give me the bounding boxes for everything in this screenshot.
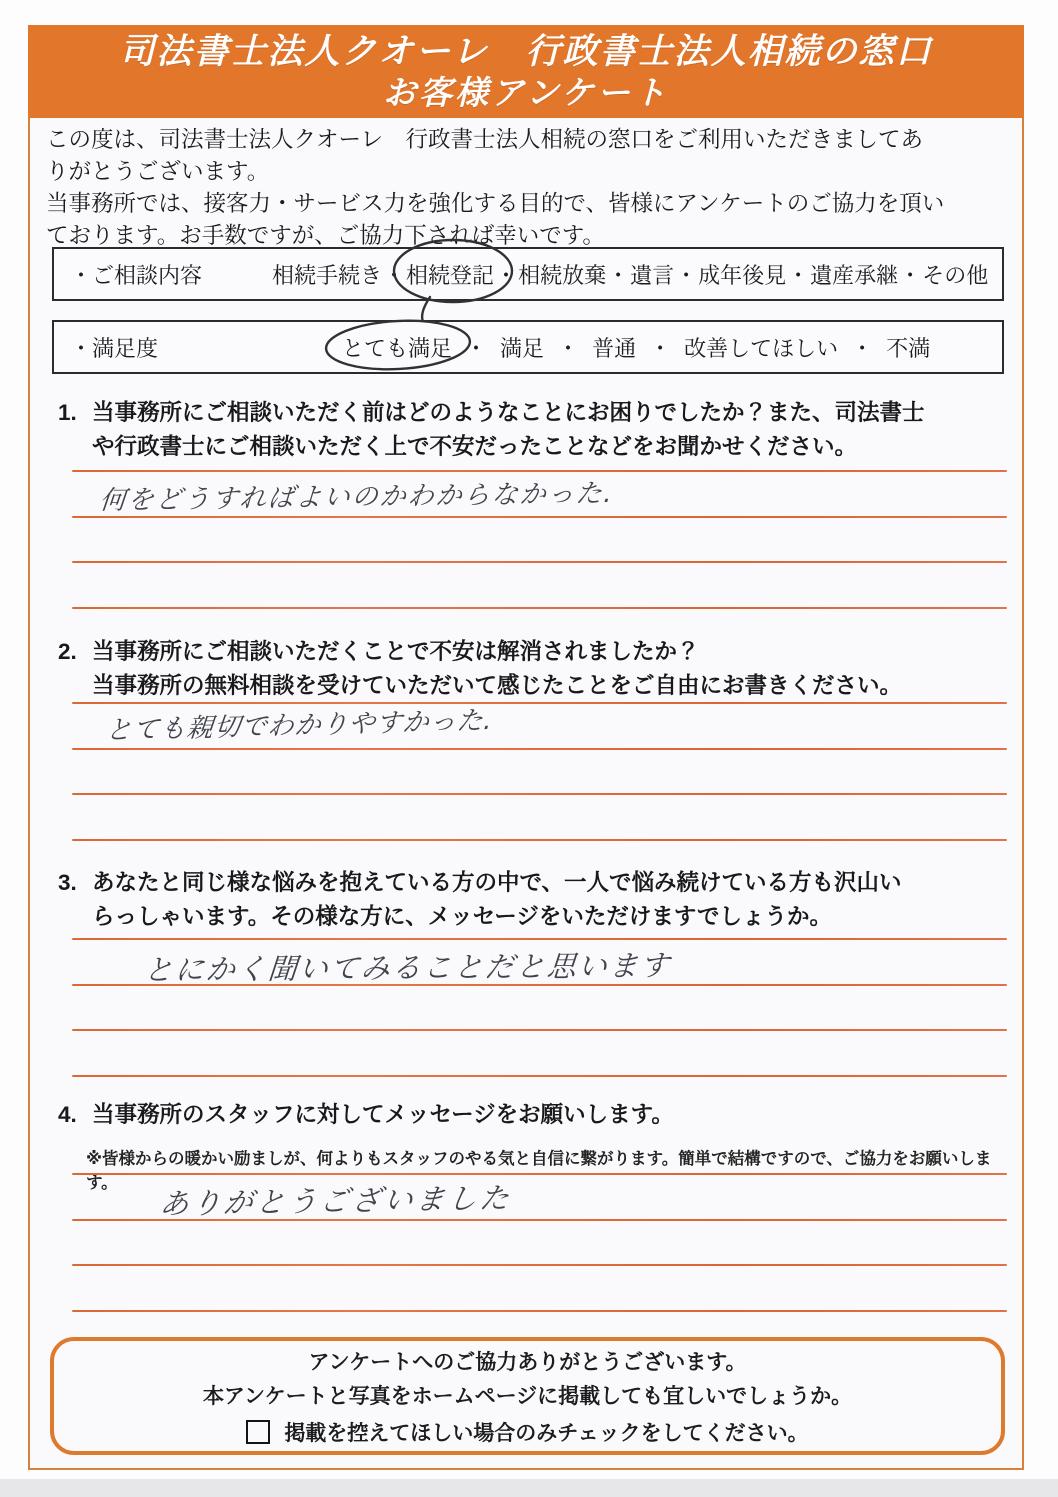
intro-line: 当事務所では、接客力・サービス力を強化する目的で、皆様にアンケートのご協力を頂い [46, 188, 1022, 220]
option-普通: 普通 [592, 332, 636, 363]
handwritten-answer-4: ありがとうございました [157, 1176, 514, 1223]
question-2: 2. 当事務所にご相談いただくことで不安は解消されましたか？ 当事務所の無料相談… [58, 635, 1008, 703]
option-separator: ・ [675, 259, 697, 290]
question-text-line: らっしゃいます。その様な方に、メッセージをいただけますでしょうか。 [92, 900, 902, 934]
question-text: 当事務所にご相談いただく前はどのようなことにお困りでしたか？また、司法書士 や行… [92, 396, 925, 464]
option-separator: ・ [899, 259, 921, 290]
ruled-line [72, 1075, 1007, 1077]
option-不満: 不満 [886, 332, 930, 363]
question-text-line: 当事務所のスタッフに対してメッセージをお願いします。 [92, 1098, 674, 1132]
intro-line: この度は、司法書士法人クオーレ 行政書士法人相続の窓口をご利用いただきましてあ [46, 124, 1022, 156]
option-とても満足: とても満足 [342, 332, 452, 363]
option-満足: 満足 [500, 332, 544, 363]
question-number: 2. [58, 635, 92, 703]
question-number: 3. [58, 866, 92, 934]
option-相続放棄: 相続放棄 [518, 259, 606, 290]
option-separator: ・ [649, 332, 671, 363]
option-遺産承継: 遺産承継 [810, 259, 898, 290]
option-separator: ・ [787, 259, 809, 290]
question-number: 4. [58, 1098, 92, 1132]
ruled-line [72, 793, 1007, 795]
question-4: 4. 当事務所のスタッフに対してメッセージをお願いします。 [58, 1098, 1008, 1132]
scan-edge-shadow [0, 1479, 1058, 1497]
ruled-line [72, 1264, 1007, 1266]
question-text-line: や行政書士にご相談いただく上で不安だったことなどをお聞かせください。 [92, 430, 925, 464]
page-subtitle: お客様アンケート [383, 73, 669, 113]
question-text-line: あなたと同じ様な悩みを抱えている方の中で、一人で悩み続けている方も沢山い [92, 866, 902, 900]
ruled-line [72, 748, 1007, 750]
ruled-line [72, 1310, 1007, 1312]
question-1: 1. 当事務所にご相談いただく前はどのようなことにお困りでしたか？また、司法書士… [58, 396, 1008, 464]
checkbox-label: 掲載を控えてほしい場合のみチェックをしてください。 [284, 1417, 808, 1447]
consultation-topic-box: ・ご相談内容 相続手続き・相続登記・相続放棄・遺言・成年後見・遺産承継・その他 [52, 247, 1004, 301]
title-band: 司法書士法人クオーレ 行政書士法人相続の窓口 お客様アンケート [28, 25, 1024, 118]
handwritten-answer-1: 何をどうすればよいのかわからなかった. [98, 473, 616, 517]
option-separator: ・ [557, 332, 579, 363]
question-text-line: 当事務所の無料相談を受けていただいて感じたことをご自由にお書きください。 [92, 669, 902, 703]
consultation-label: ・ご相談内容 [70, 249, 202, 299]
satisfaction-label: ・満足度 [70, 322, 158, 372]
option-改善してほしい: 改善してほしい [684, 332, 838, 363]
intro-paragraph-1: この度は、司法書士法人クオーレ 行政書士法人相続の窓口をご利用いただきましてあ … [46, 124, 1022, 188]
option-遺言: 遺言 [630, 259, 674, 290]
hand-drawn-circle-icon [321, 313, 476, 377]
satisfaction-options: とても満足・満足・普通・改善してほしい・不満 [342, 322, 930, 372]
question-text: 当事務所にご相談いただくことで不安は解消されましたか？ 当事務所の無料相談を受け… [92, 635, 902, 703]
option-相続登記: 相続登記 [406, 259, 494, 290]
ruled-line [72, 938, 1007, 940]
option-相続手続き: 相続手続き [272, 259, 382, 290]
satisfaction-box: ・満足度 とても満足・満足・普通・改善してほしい・不満 [52, 320, 1004, 374]
option-separator: ・ [607, 259, 629, 290]
question-3: 3. あなたと同じ様な悩みを抱えている方の中で、一人で悩み続けている方も沢山い … [58, 866, 1008, 934]
handwritten-answer-3: とにかく聞いてみることだと思います [142, 943, 672, 989]
ruled-line [72, 1173, 1007, 1175]
option-separator: ・ [383, 259, 405, 290]
ruled-line [72, 470, 1007, 472]
publication-optout-checkbox[interactable] [246, 1420, 270, 1444]
question-text-line: 当事務所にご相談いただくことで不安は解消されましたか？ [92, 635, 902, 669]
ruled-line [72, 839, 1007, 841]
footer-checkbox-row: 掲載を控えてほしい場合のみチェックをしてください。 [246, 1417, 808, 1447]
consultation-options: 相続手続き・相続登記・相続放棄・遺言・成年後見・遺産承継・その他 [272, 249, 988, 299]
publication-consent-box: アンケートへのご協力ありがとうございます。 本アンケートと写真をホームページに掲… [50, 1337, 1005, 1455]
footer-permission-line: 本アンケートと写真をホームページに掲載しても宜しいでしょうか。 [203, 1380, 852, 1410]
ruled-line [72, 1029, 1007, 1031]
footer-thanks-line: アンケートへのご協力ありがとうございます。 [308, 1346, 746, 1376]
page-title: 司法書士法人クオーレ 行政書士法人相続の窓口 [119, 31, 932, 73]
question-text: あなたと同じ様な悩みを抱えている方の中で、一人で悩み続けている方も沢山い らっし… [92, 866, 902, 934]
option-separator: ・ [465, 332, 487, 363]
option-separator: ・ [851, 332, 873, 363]
ruled-line [72, 516, 1007, 518]
ruled-line [72, 702, 1007, 704]
option-その他: その他 [922, 259, 988, 290]
intro-line: りがとうございます。 [46, 156, 1022, 188]
question-text: 当事務所のスタッフに対してメッセージをお願いします。 [92, 1098, 674, 1132]
question-number: 1. [58, 396, 92, 464]
intro-paragraph-2: 当事務所では、接客力・サービス力を強化する目的で、皆様にアンケートのご協力を頂い… [46, 188, 1022, 252]
option-separator: ・ [495, 259, 517, 290]
ruled-line [72, 607, 1007, 609]
option-成年後見: 成年後見 [698, 259, 786, 290]
scanned-survey-page: 司法書士法人クオーレ 行政書士法人相続の窓口 お客様アンケート この度は、司法書… [0, 0, 1058, 1497]
ruled-line [72, 561, 1007, 563]
question-text-line: 当事務所にご相談いただく前はどのようなことにお困りでしたか？また、司法書士 [92, 396, 925, 430]
